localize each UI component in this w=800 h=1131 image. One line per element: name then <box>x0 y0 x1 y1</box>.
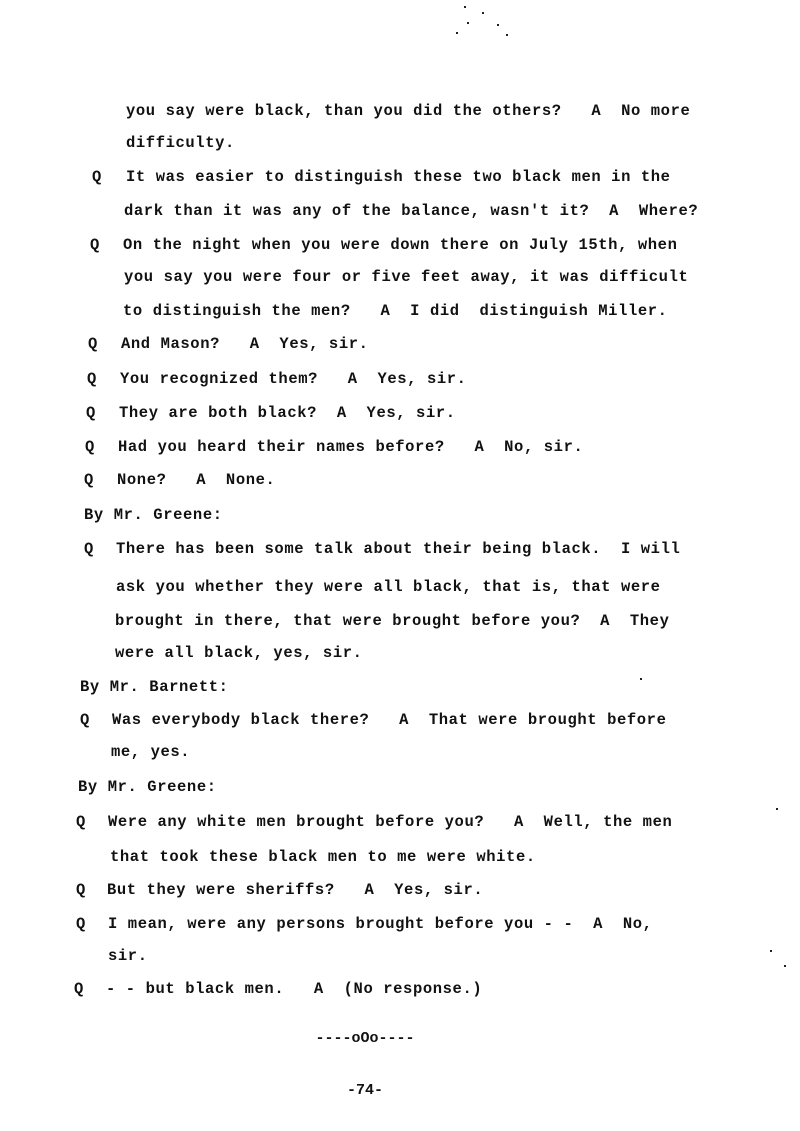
transcript-line: Were any white men brought before you? A… <box>108 813 672 831</box>
transcript-line: They are both black? A Yes, sir. <box>119 404 456 422</box>
examiner-heading: By Mr. Greene: <box>84 506 223 524</box>
transcript-line: ask you whether they were all black, tha… <box>116 578 661 596</box>
transcript-line: you say were black, than you did the oth… <box>126 102 690 120</box>
transcript-line: to distinguish the men? A I did distingu… <box>123 302 668 320</box>
question-marker: Q <box>86 404 95 422</box>
transcript-line: that took these black men to me were whi… <box>110 848 536 866</box>
transcript-line: dark than it was any of the balance, was… <box>124 202 698 220</box>
question-marker: Q <box>88 335 97 353</box>
transcript-line: me, yes. <box>111 743 190 761</box>
question-marker: Q <box>80 711 89 729</box>
transcript-line: Was everybody black there? A That were b… <box>112 711 666 729</box>
transcript-line: Had you heard their names before? A No, … <box>118 438 583 456</box>
transcript-line: you say you were four or five feet away,… <box>124 268 688 286</box>
transcript-line: None? A None. <box>117 471 275 489</box>
transcript-line: You recognized them? A Yes, sir. <box>120 370 467 388</box>
question-marker: Q <box>76 813 85 831</box>
transcript-line: There has been some talk about their bei… <box>116 540 680 558</box>
question-marker: Q <box>76 881 85 899</box>
transcript-line: brought in there, that were brought befo… <box>115 612 669 630</box>
transcript-line: But they were sheriffs? A Yes, sir. <box>107 881 483 899</box>
question-marker: Q <box>84 471 93 489</box>
question-marker: Q <box>84 540 93 558</box>
transcript-line: It was easier to distinguish these two b… <box>126 168 671 186</box>
transcript-line: I mean, were any persons brought before … <box>108 915 653 933</box>
question-marker: Q <box>92 168 101 186</box>
transcript-line: were all black, yes, sir. <box>115 644 363 662</box>
examiner-heading: By Mr. Greene: <box>78 778 217 796</box>
transcript-line: - - but black men. A (No response.) <box>106 980 482 998</box>
examiner-heading: By Mr. Barnett: <box>80 678 229 696</box>
question-marker: Q <box>76 915 85 933</box>
transcript-line: On the night when you were down there on… <box>123 236 677 254</box>
question-marker: Q <box>90 236 99 254</box>
question-marker: Q <box>87 370 96 388</box>
question-marker: Q <box>74 980 83 998</box>
transcript-line: difficulty. <box>126 134 235 152</box>
transcript-line: sir. <box>108 947 148 965</box>
question-marker: Q <box>85 438 94 456</box>
end-mark: ----oOo---- <box>0 1030 730 1047</box>
page-number: -74- <box>0 1082 730 1099</box>
transcript-line: And Mason? A Yes, sir. <box>121 335 369 353</box>
transcript-page: you say were black, than you did the oth… <box>0 0 800 1131</box>
